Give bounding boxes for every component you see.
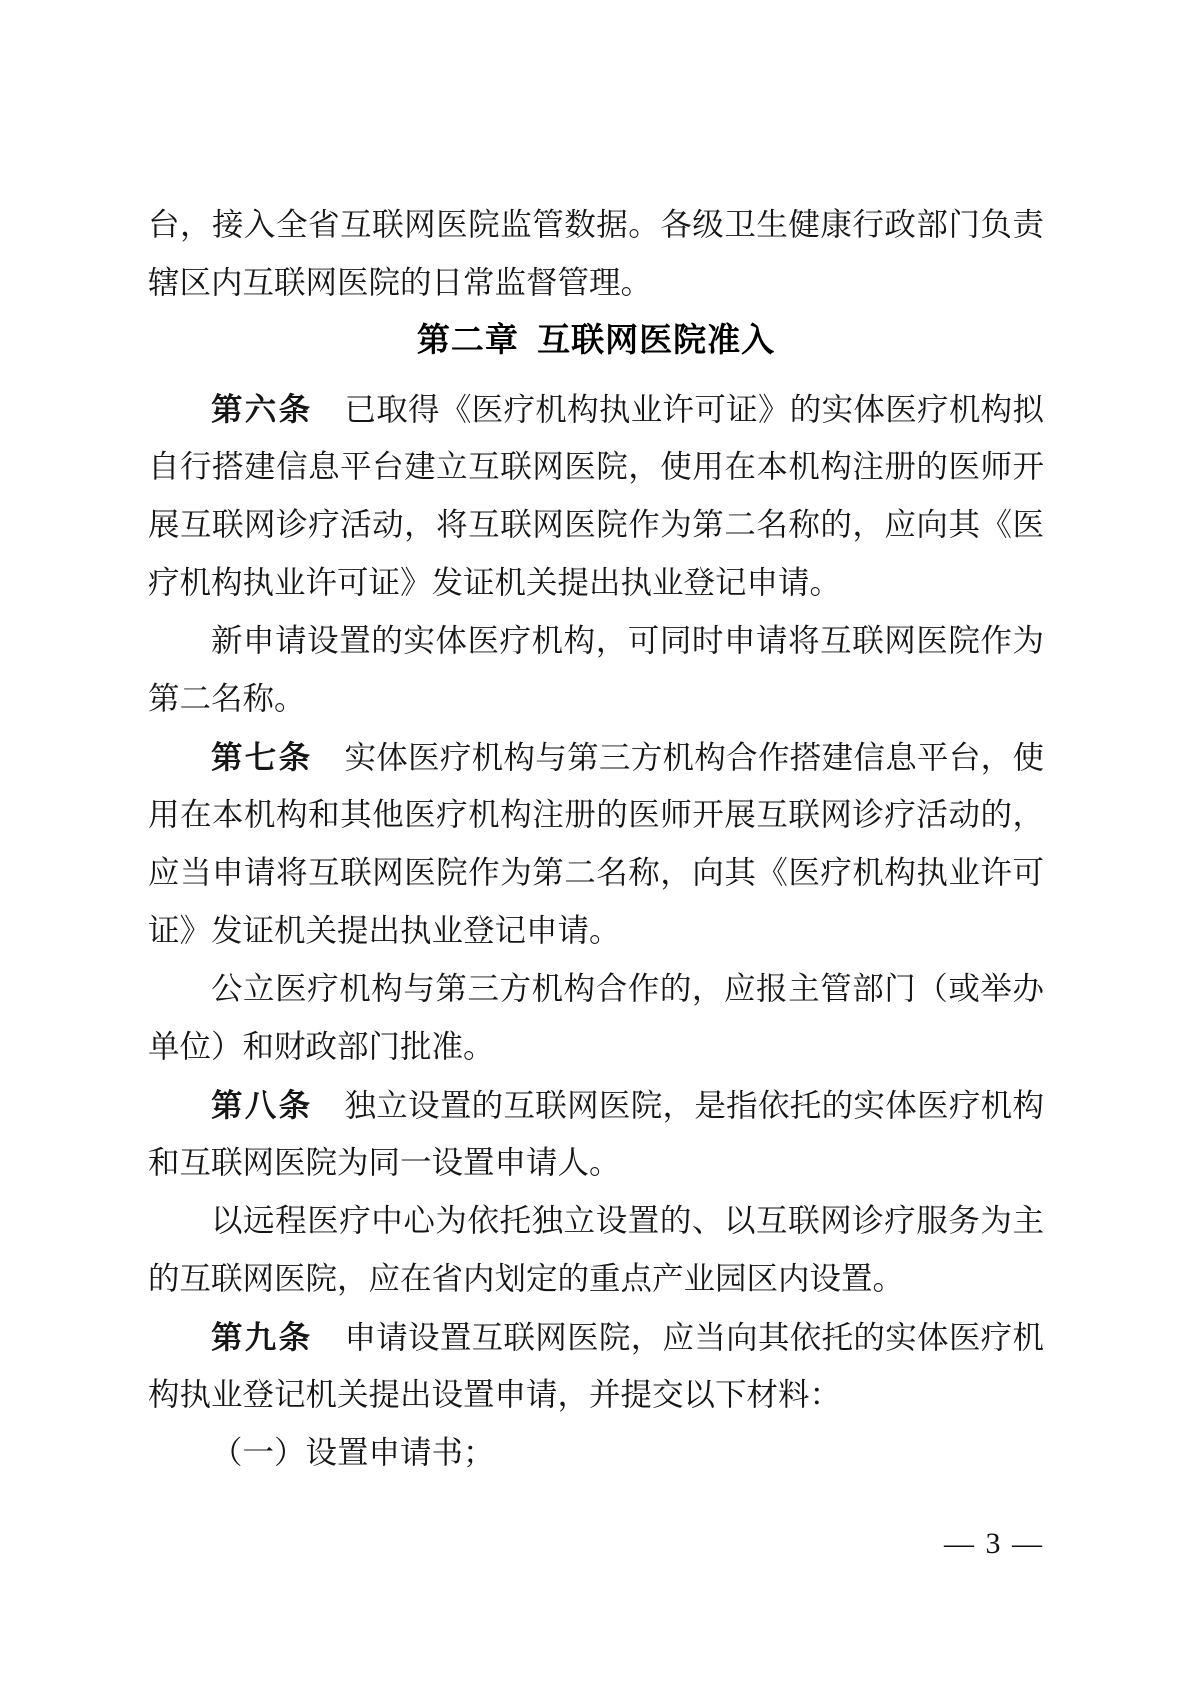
text-line: 的互联网医院，应在省内划定的重点产业园区内设置。 xyxy=(148,1250,1044,1308)
article-first-line: 第九条申请设置互联网医院，应当向其依托的实体医疗机 xyxy=(148,1308,1044,1366)
list-item-line: （一）设置申请书； xyxy=(148,1424,1044,1482)
chapter-title: 互联网医院准入 xyxy=(537,323,775,359)
text-line: 单位）和财政部门批准。 xyxy=(148,1018,1044,1076)
text-line: 台，接入全省互联网医院监管数据。各级卫生健康行政部门负责 xyxy=(148,196,1044,254)
text-line: 以远程医疗中心为依托独立设置的、以互联网诊疗服务为主 xyxy=(148,1192,1044,1250)
text-line: 辖区内互联网医院的日常监督管理。 xyxy=(148,254,1044,312)
text-line: 第二名称。 xyxy=(148,670,1044,728)
article-label: 第九条 xyxy=(211,1319,312,1355)
article-first-line: 第七条实体医疗机构与第三方机构合作搭建信息平台，使 xyxy=(148,728,1044,786)
text-line: 和互联网医院为同一设置申请人。 xyxy=(148,1134,1044,1192)
text-run: 已取得《医疗机构执业许可证》的实体医疗机构拟 xyxy=(344,392,1044,427)
document-body: 台，接入全省互联网医院监管数据。各级卫生健康行政部门负责 辖区内互联网医院的日常… xyxy=(148,196,1044,1482)
document-page: 台，接入全省互联网医院监管数据。各级卫生健康行政部门负责 辖区内互联网医院的日常… xyxy=(0,0,1190,1683)
text-line: 应当申请将互联网医院作为第二名称，向其《医疗机构执业许可 xyxy=(148,844,1044,902)
article-first-line: 第八条独立设置的互联网医院，是指依托的实体医疗机构 xyxy=(148,1076,1044,1134)
text-line: 展互联网诊疗活动，将互联网医院作为第二名称的，应向其《医 xyxy=(148,496,1044,554)
text-line: 自行搭建信息平台建立互联网医院，使用在本机构注册的医师开 xyxy=(148,438,1044,496)
article-label: 第八条 xyxy=(211,1087,312,1123)
text-run: 独立设置的互联网医院，是指依托的实体医疗机构 xyxy=(344,1088,1044,1123)
text-line: 新申请设置的实体医疗机构，可同时申请将互联网医院作为 xyxy=(148,612,1044,670)
text-run: 实体医疗机构与第三方机构合作搭建信息平台，使 xyxy=(344,740,1044,775)
text-run: 申请设置互联网医院，应当向其依托的实体医疗机 xyxy=(344,1320,1044,1355)
chapter-heading: 第二章互联网医院准入 xyxy=(148,312,1044,370)
text-line: 用在本机构和其他医疗机构注册的医师开展互联网诊疗活动的， xyxy=(148,786,1044,844)
article-first-line: 第六条已取得《医疗机构执业许可证》的实体医疗机构拟 xyxy=(148,380,1044,438)
text-line: 疗机构执业许可证》发证机关提出执业登记申请。 xyxy=(148,554,1044,612)
text-line: 构执业登记机关提出设置申请，并提交以下材料： xyxy=(148,1366,1044,1424)
text-line: 证》发证机关提出执业登记申请。 xyxy=(148,902,1044,960)
chapter-number: 第二章 xyxy=(417,323,519,359)
page-number: — 3 — xyxy=(944,1524,1044,1564)
article-label: 第七条 xyxy=(211,739,312,775)
text-line: 公立医疗机构与第三方机构合作的，应报主管部门（或举办 xyxy=(148,960,1044,1018)
article-label: 第六条 xyxy=(211,391,312,427)
